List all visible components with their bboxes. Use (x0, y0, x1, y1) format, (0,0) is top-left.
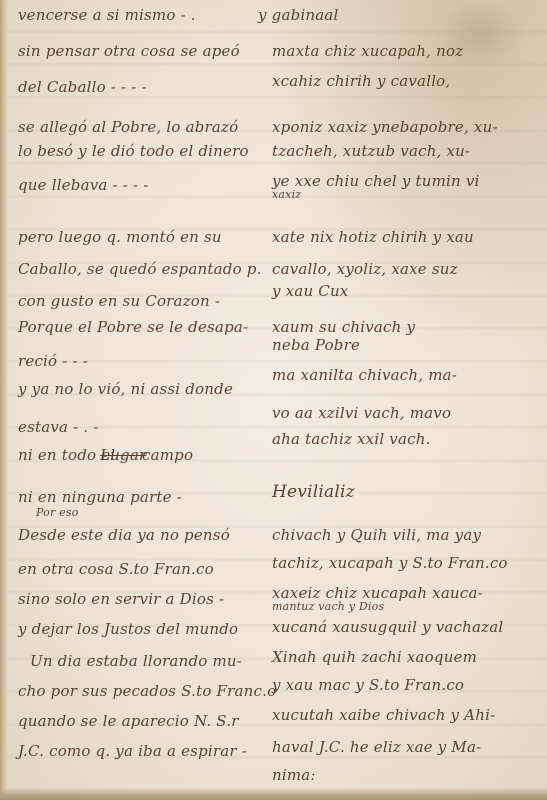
right-line: vo aa xzilvi vach, mavo (272, 404, 451, 422)
right-line: xucutah xaibe chivach y Ahi- (272, 706, 495, 724)
binding-edge (0, 0, 8, 800)
left-line: reció - - - (18, 352, 88, 370)
right-line: Xinah quih zachi xaoquem (272, 648, 477, 666)
right-line: maxta chiz xucapah, noz (272, 42, 463, 60)
right-line: haval J.C. he eliz xae y Ma- (272, 738, 481, 756)
right-line: xucaná xausugquil y vachazal (272, 618, 503, 636)
left-line: Un dia estaba llorando mu- (30, 652, 242, 670)
left-line: Caballo, se quedó espantado p. (18, 260, 262, 278)
left-line: con gusto en su Corazon - (18, 292, 220, 310)
right-line: xaxiz (272, 188, 301, 201)
left-line: y dejar los Justos del mundo (18, 620, 238, 638)
right-line: cavallo, xyoliz, xaxe suz (272, 260, 458, 278)
right-line: xate nix hotiz chirih y xau (272, 228, 474, 246)
left-line: estava - . - (18, 418, 99, 436)
left-line: quando se le aparecio N. S.r (18, 712, 239, 730)
right-line: xaum su chivach y (272, 318, 415, 336)
left-line: sino solo en servir a Dios - (18, 590, 224, 608)
page-bottom-edge (0, 788, 547, 800)
left-line: Por eso (36, 506, 79, 519)
right-line: ye xxe chiu chel y tumin vi (272, 172, 480, 190)
left-line: que llebava - - - - (18, 176, 149, 194)
left-line: del Caballo - - - - (18, 78, 147, 96)
left-line: en otra cosa S.to Fran.co (18, 560, 214, 578)
left-line: campo (142, 446, 193, 464)
left-line: pero luego q. montó en su (18, 228, 222, 246)
right-line: nima: (272, 766, 316, 784)
left-line: J.C. como q. ya iba a espirar - (18, 742, 247, 760)
left-line: Porque el Pobre se le desapa- (18, 318, 248, 336)
right-line: mantuz vach y Dios (272, 600, 384, 613)
right-line: xcahiz chirih y cavallo, (272, 72, 450, 90)
left-line: Desde este dia ya no pensó (18, 526, 230, 544)
right-line: y xau mac y S.to Fran.co (272, 676, 464, 694)
right-line: aha tachiz xxil vach. (272, 430, 431, 448)
right-line: xponiz xaxiz ynebapobre, xu- (272, 118, 498, 136)
right-line: tzacheh, xutzub vach, xu- (272, 142, 470, 160)
right-line: neba Pobre (272, 336, 360, 354)
left-line: se allegó al Pobre, lo abrazó (18, 118, 238, 136)
struck-word: Lugar (100, 446, 146, 464)
right-line: ma xanilta chivach, ma- (272, 366, 457, 384)
right-line: y gabinaal (258, 6, 339, 24)
manuscript-page: vencerse a si mismo - .sin pensar otra c… (0, 0, 547, 800)
left-line: ni en ninguna parte - (18, 488, 182, 506)
right-line: tachiz, xucapah y S.to Fran.co (272, 554, 508, 572)
left-line: vencerse a si mismo - . (18, 6, 196, 24)
right-line: y xau Cux (272, 282, 348, 300)
left-line: y ya no lo vió, ni assi donde (18, 380, 233, 398)
right-line: chivach y Quih vili, ma yay (272, 526, 481, 544)
left-line: sin pensar otra cosa se apeó (18, 42, 240, 60)
left-line: lo besó y le dió todo el dinero (18, 142, 249, 160)
left-line: cho por sus pecados S.to Franc.o (18, 682, 276, 700)
right-line: Hevilializ (272, 482, 355, 502)
